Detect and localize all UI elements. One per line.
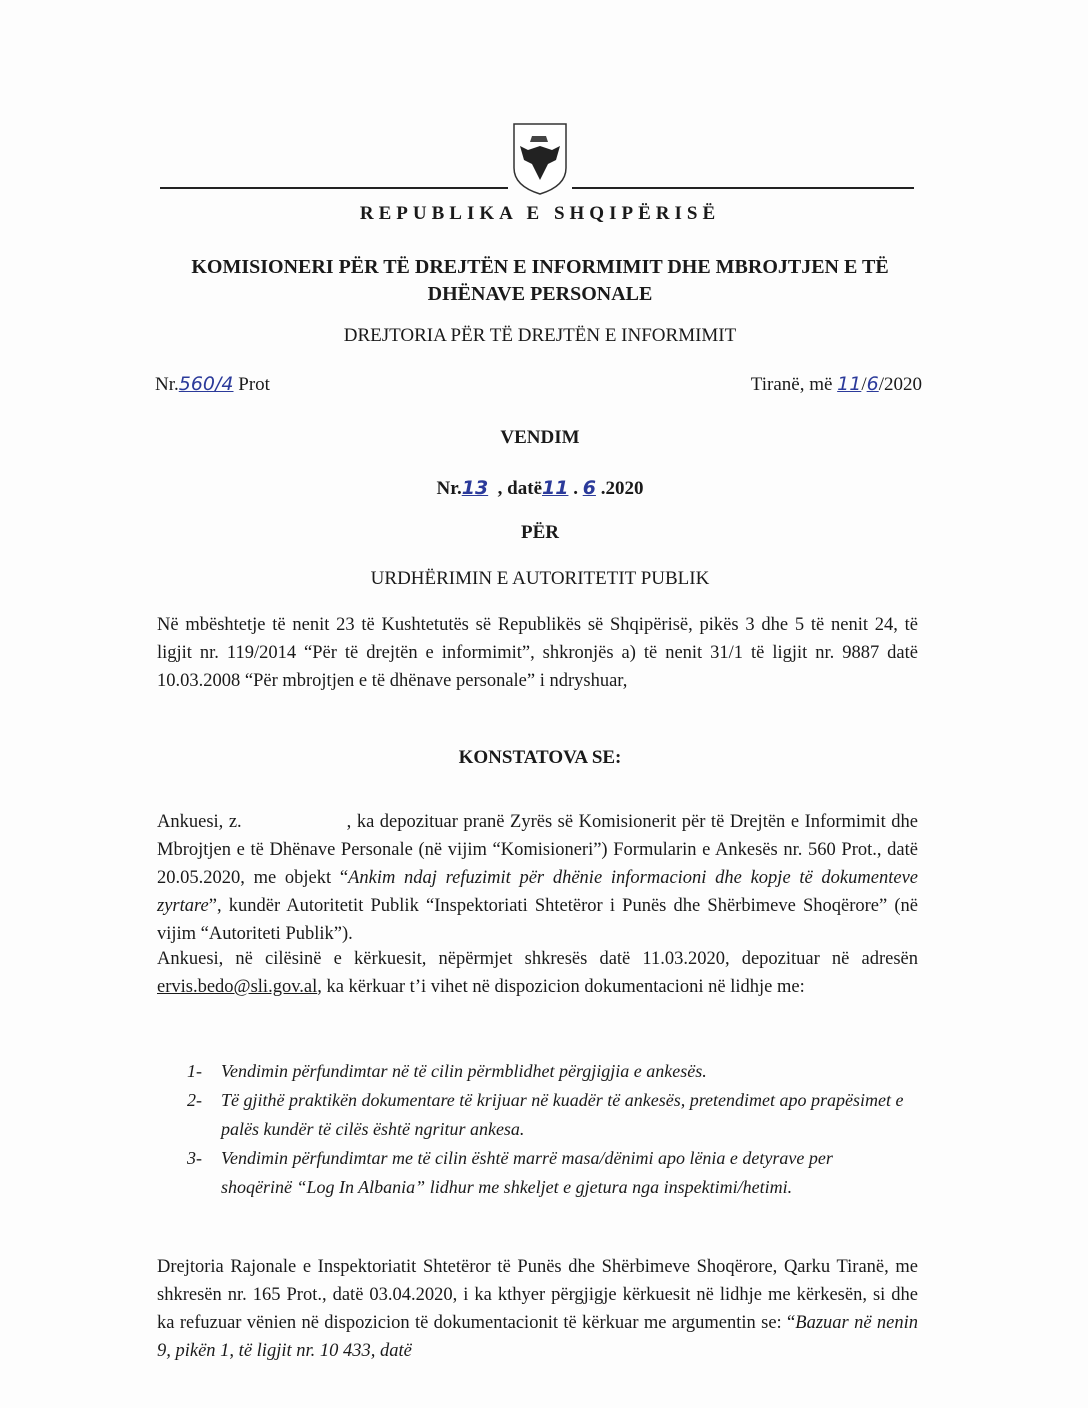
header-rule-left <box>160 187 508 189</box>
protocol-number: Nr.560/4 Prot <box>155 373 270 396</box>
coat-of-arms-icon <box>510 120 570 196</box>
complaint-paragraph: Ankuesi, z., ka depozituar pranë Zyrës s… <box>157 808 918 948</box>
commission-title: KOMISIONERI PËR TË DREJTËN E INFORMIMIT … <box>150 254 930 308</box>
list-item: 2-Të gjithë praktikën dokumentare të kri… <box>187 1086 907 1144</box>
header-rule-right <box>572 187 914 189</box>
findings-heading: KONSTATOVA SE: <box>150 747 930 769</box>
requested-items-list: 1-Vendimin përfundimtar në të cilin përm… <box>187 1057 907 1202</box>
list-item: 1-Vendimin përfundimtar në të cilin përm… <box>187 1057 907 1086</box>
decision-subject: URDHËRIMIN E AUTORITETIT PUBLIK <box>150 568 930 590</box>
republic-title: REPUBLIKA E SHQIPËRISË <box>150 203 930 225</box>
decision-per: PËR <box>150 522 930 544</box>
protocol-date: Tiranë, më 11/6/2020 <box>751 373 922 396</box>
directorate-title: DREJTORIA PËR TË DREJTËN E INFORMIMIT <box>150 325 930 347</box>
protocol-number-handwritten: 560/4 <box>179 373 234 395</box>
document-page: REPUBLIKA E SHQIPËRISË KOMISIONERI PËR T… <box>0 0 1088 1408</box>
response-paragraph: Drejtoria Rajonale e Inspektoriatit Shte… <box>157 1253 918 1365</box>
email-link[interactable]: ervis.bedo@sli.gov.al <box>157 977 317 997</box>
legal-basis-paragraph: Në mbështetje të nenit 23 të Kushtetutës… <box>157 611 918 695</box>
list-item: 3-Vendimin përfundimtar me të cilin ësht… <box>187 1144 907 1202</box>
request-paragraph: Ankuesi, në cilësinë e kërkuesit, nëpërm… <box>157 945 918 1001</box>
decision-number: Nr.13 , datë11 . 6 .2020 <box>150 477 930 500</box>
decision-title: VENDIM <box>150 427 930 449</box>
